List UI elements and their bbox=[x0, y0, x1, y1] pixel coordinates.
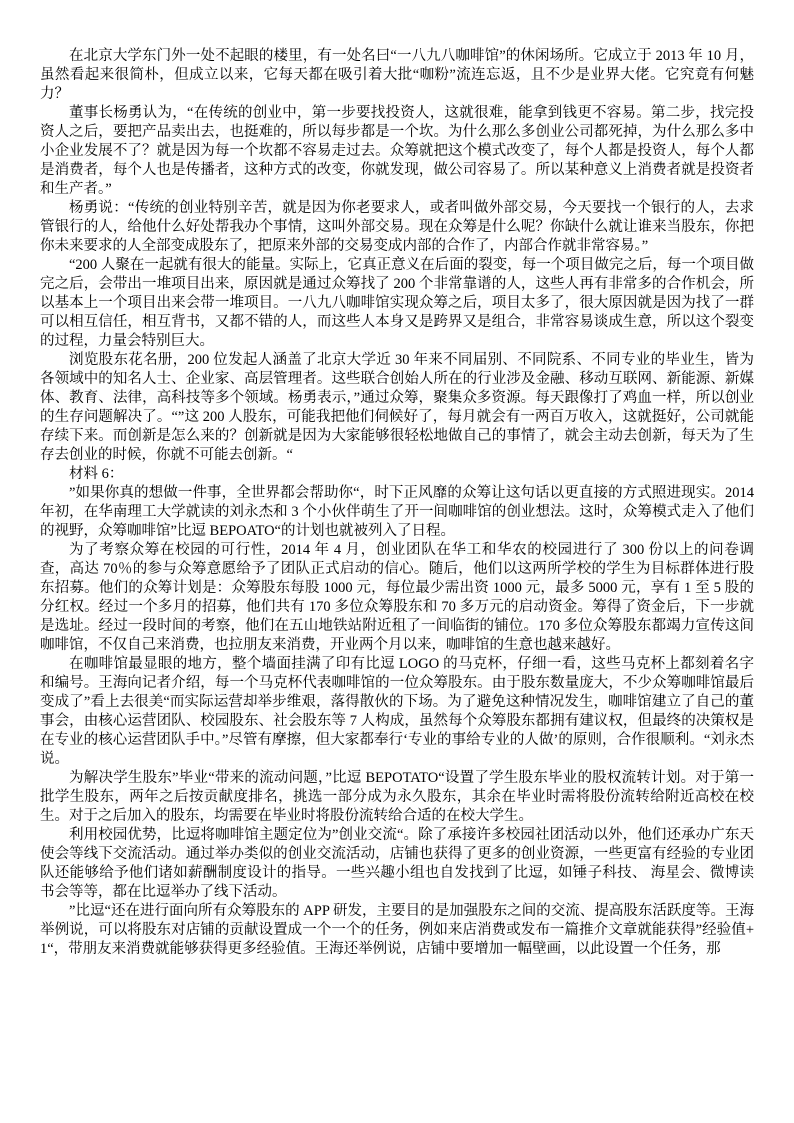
paragraph-material-6-heading: 材料 6： bbox=[40, 465, 754, 484]
paragraph-shareholder-roster: 浏览股东花名册，200 位发起人涵盖了北京大学近 30 年来不同届别、不同院系、… bbox=[40, 351, 754, 465]
document-page: 在北京大学东门外一处不起眼的楼里，有一处名曰“一八九八咖啡馆”的休闲场所。它成立… bbox=[0, 0, 794, 1123]
paragraph-mug-wall-board: 在咖啡馆最显眼的地方，整个墙面挂满了印有比逗 LOGO 的马克杯，仔细一看，这些… bbox=[40, 655, 754, 769]
paragraph-yangyong-quote: 杨勇说：“传统的创业特别辛苦，就是因为你老要求人，或者叫做外部交易，今天要找一个… bbox=[40, 199, 754, 256]
paragraph-campus-positioning: 利用校园优势，比逗将咖啡馆主题定位为”创业交流“。除了承接许多校园社团活动以外，… bbox=[40, 826, 754, 902]
paragraph-equity-transfer-plan: 为解决学生股东”毕业“带来的流动问题，”比逗 BEPOTATO“设置了学生股东毕… bbox=[40, 769, 754, 826]
paragraph-campus-survey-funding: 为了考察众筹在校园的可行性，2014 年 4 月，创业团队在华工和华农的校园进行… bbox=[40, 541, 754, 655]
paragraph-bepoato-idea: ”如果你真的想做一件事，全世界都会帮助你“，时下正风靡的众筹让这句话以更直接的方… bbox=[40, 484, 754, 541]
paragraph-app-development: ”比逗“还在进行面向所有众筹股东的 APP 研发，主要目的是加强股东之间的交流、… bbox=[40, 902, 754, 959]
paragraph-yangyong-view: 董事长杨勇认为，“在传统的创业中，第一步要找投资人，这就很难，能拿到钱更不容易。… bbox=[40, 104, 754, 199]
paragraph-intro-cafe-1898: 在北京大学东门外一处不起眼的楼里，有一处名曰“一八九八咖啡馆”的休闲场所。它成立… bbox=[40, 47, 754, 104]
paragraph-200-people-energy: “200 人聚在一起就有很大的能量。实际上，它真正意义在后面的裂变，每一个项目做… bbox=[40, 256, 754, 351]
